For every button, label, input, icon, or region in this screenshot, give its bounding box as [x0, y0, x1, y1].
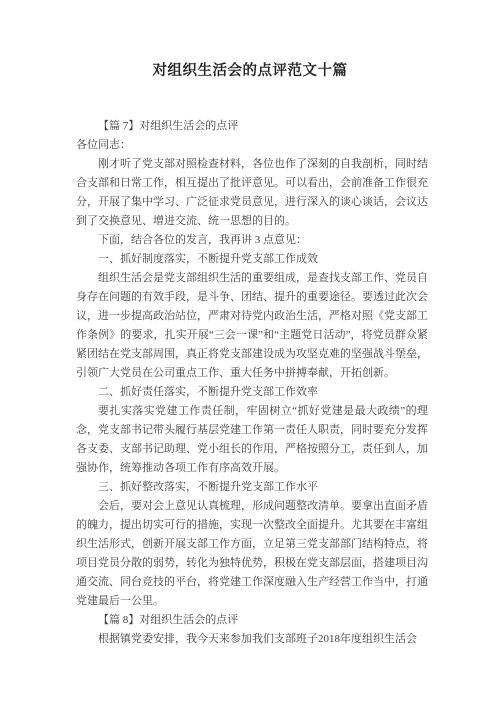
subheading-point-2: 二、抓好责任落实，不断提升党支部工作效率	[76, 383, 428, 402]
document-page: 对组织生活会的点评范文十篇 【篇 7】对组织生活会的点评 各位同志： 刚才听了党…	[0, 0, 500, 707]
paragraph-point-3-body: 会后，要对会上意见认真梳理，形成问题整改清单。要拿出直面矛盾的魄力，提出切实可行…	[76, 497, 428, 611]
paragraph-point-2-body: 要扎实落实党建工作责任制，牢固树立“抓好党建是最大政绩”的理念，党支部书记带头履…	[76, 402, 428, 478]
paragraph-opening-remarks: 刚才听了党支部对照检查材料，各位也作了深刻的自我剖析，同时结合支部和日常工作，相…	[76, 155, 428, 231]
section-8-heading: 【篇 8】对组织生活会的点评	[76, 611, 428, 630]
subheading-point-3: 三、抓好整改落实，不断提升党支部工作水平	[76, 478, 428, 497]
salutation-line: 各位同志：	[76, 136, 428, 155]
section-7-heading: 【篇 7】对组织生活会的点评	[76, 117, 428, 136]
paragraph-point-1-body: 组织生活会是党支部组织生活的重要组成，是查找支部工作、党员自身存在问题的有效手段…	[76, 269, 428, 383]
paragraph-section-8-opening: 根据镇党委安排，我今天来参加我们支部班子2018年度组织生活会	[76, 630, 428, 649]
paragraph-transition: 下面，结合各位的发言，我再讲 3 点意见：	[76, 231, 428, 250]
document-body: 【篇 7】对组织生活会的点评 各位同志： 刚才听了党支部对照检查材料，各位也作了…	[76, 117, 428, 649]
document-title: 对组织生活会的点评范文十篇	[0, 0, 500, 81]
subheading-point-1: 一、抓好制度落实，不断提升党支部工作成效	[76, 250, 428, 269]
